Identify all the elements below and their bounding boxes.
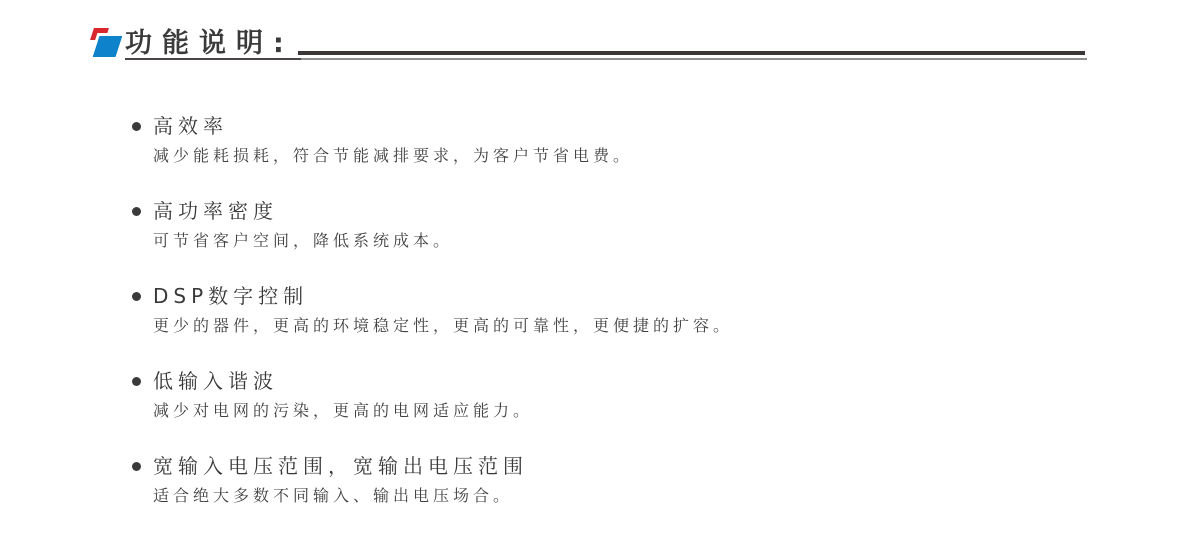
feature-title: 高效率	[153, 114, 228, 138]
list-item: DSP数字控制 更少的器件，更高的环境稳定性，更高的可靠性，更便捷的扩容。	[132, 284, 1132, 336]
feature-heading: 高效率	[132, 114, 1132, 138]
feature-description: 减少对电网的污染，更高的电网适应能力。	[153, 401, 1132, 421]
bullet-icon	[132, 462, 141, 471]
brand-logo-icon	[88, 27, 124, 61]
feature-title: DSP数字控制	[153, 284, 308, 308]
bullet-icon	[132, 292, 141, 301]
bullet-icon	[132, 207, 141, 216]
bullet-icon	[132, 122, 141, 131]
bullet-icon	[132, 377, 141, 386]
title-underline	[125, 58, 301, 60]
feature-heading: DSP数字控制	[132, 284, 1132, 308]
feature-title: 高功率密度	[153, 199, 278, 223]
feature-heading: 宽输入电压范围，宽输出电压范围	[132, 454, 1132, 478]
feature-description: 更少的器件，更高的环境稳定性，更高的可靠性，更便捷的扩容。	[153, 316, 1132, 336]
feature-description: 减少能耗损耗，符合节能减排要求，为客户节省电费。	[153, 146, 1132, 166]
feature-heading: 低输入谐波	[132, 369, 1132, 393]
feature-heading: 高功率密度	[132, 199, 1132, 223]
feature-title: 宽输入电压范围，宽输出电压范围	[153, 454, 528, 478]
page-title: 功能说明:	[125, 29, 294, 59]
feature-description: 可节省客户空间，降低系统成本。	[153, 231, 1132, 251]
header-rule-thick	[298, 51, 1085, 55]
list-item: 宽输入电压范围，宽输出电压范围 适合绝大多数不同输入、输出电压场合。	[132, 454, 1132, 506]
feature-list: 高效率 减少能耗损耗，符合节能减排要求，为客户节省电费。 高功率密度 可节省客户…	[132, 114, 1132, 539]
list-item: 低输入谐波 减少对电网的污染，更高的电网适应能力。	[132, 369, 1132, 421]
list-item: 高功率密度 可节省客户空间，降低系统成本。	[132, 199, 1132, 251]
feature-title: 低输入谐波	[153, 369, 278, 393]
feature-description: 适合绝大多数不同输入、输出电压场合。	[153, 486, 1132, 506]
list-item: 高效率 减少能耗损耗，符合节能减排要求，为客户节省电费。	[132, 114, 1132, 166]
page: 功能说明: 高效率 减少能耗损耗，符合节能减排要求，为客户节省电费。 高功率密度…	[0, 0, 1201, 541]
header-rule-thin	[301, 58, 1087, 60]
